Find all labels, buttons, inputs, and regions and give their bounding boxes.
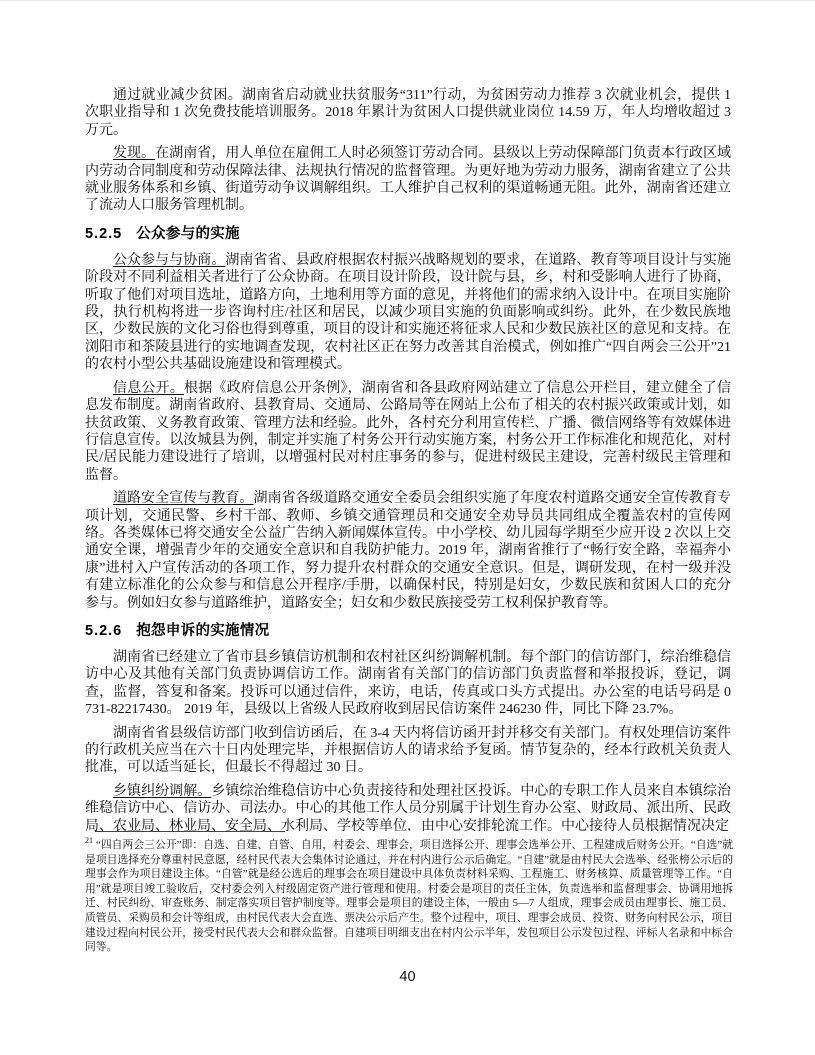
paragraph-public-consultation: 公众参与与协商。湖南省省、县政府根据农村振兴战略规划的要求，在道路、教育等项目设… — [85, 252, 731, 374]
footnote-area: 21“四自两会三公开”即：自选、自建、自管、自用，村委会、理事会，项目选择公开、… — [85, 831, 733, 955]
footnote-separator-rule — [95, 831, 285, 832]
footnote-marker: 21 — [85, 836, 93, 845]
section-heading-5-2-6: 5.2.6抱怨申诉的实施情况 — [85, 619, 731, 640]
paragraph-findings: 发现。在湖南省，用人单位在雇佣工人时必须签订劳动合同。县级以上劳动保障部门负责本… — [85, 145, 731, 215]
paragraph-text: 湖南省省县级信访部门收到信访函后，在 3-4 天内将信访函开封并移交有关部门。有… — [85, 726, 731, 776]
paragraph-lead-underlined: 道路安全宣传与教育。 — [113, 491, 253, 506]
paragraph-lead-underlined: 信息公开。 — [113, 381, 184, 396]
paragraph-text: 湖南省省、县政府根据农村振兴战略规划的要求，在道路、教育等项目设计与实施阶段对不… — [85, 253, 731, 372]
paragraph-text: 通过就业减少贫困。湖南省启动就业扶贫服务“311”行动，为贫困劳动力推荐 3 次… — [85, 88, 731, 138]
paragraph-text: 湖南省已经建立了省市县乡镇信访机制和农村社区纠纷调解机制。每个部门的信访部门，综… — [85, 650, 731, 717]
page-number: 40 — [0, 969, 815, 985]
page-body: 通过就业减少贫困。湖南省启动就业扶贫服务“311”行动，为贫困劳动力推荐 3 次… — [85, 87, 731, 831]
paragraph-township-mediation: 乡镇纠纷调解。乡镇综治维稳信访中心负责接待和处理社区投诉。中心的专职工作人员来自… — [85, 783, 731, 831]
paragraph-text: 湖南省各级道路交通安全委员会组织实施了年度农村道路交通安全宣传教育专项计划，交通… — [85, 491, 731, 610]
paragraph-information-disclosure: 信息公开。根据《政府信息公开条例》，湖南省和各县政府网站建立了信息公开栏目，建立… — [85, 380, 731, 484]
section-number: 5.2.5 — [85, 226, 122, 242]
paragraph-lead-underlined: 乡镇纠纷调解。 — [113, 784, 211, 799]
section-heading-5-2-5: 5.2.5公众参与的实施 — [85, 222, 731, 243]
document-page: 通过就业减少贫困。湖南省启动就业扶贫服务“311”行动，为贫困劳动力推荐 3 次… — [0, 0, 815, 1055]
paragraph-text: 在湖南省，用人单位在雇佣工人时必须签订劳动合同。县级以上劳动保障部门负责本行政区… — [85, 146, 731, 213]
section-number: 5.2.6 — [85, 623, 122, 639]
paragraph-petition-mechanism: 湖南省已经建立了省市县乡镇信访机制和农村社区纠纷调解机制。每个部门的信访部门，综… — [85, 649, 731, 719]
footnote-text: “四自两会三公开”即：自选、自建、自管、自用，村委会、理事会，项目选择公开、理事… — [85, 839, 733, 953]
section-title: 抱怨申诉的实施情况 — [136, 623, 269, 639]
footnote: 21“四自两会三公开”即：自选、自建、自管、自用，村委会、理事会，项目选择公开、… — [85, 838, 733, 955]
paragraph-employment-poverty: 通过就业减少贫困。湖南省启动就业扶贫服务“311”行动，为贫困劳动力推荐 3 次… — [85, 87, 731, 139]
section-title: 公众参与的实施 — [136, 226, 240, 242]
paragraph-road-safety-education: 道路安全宣传与教育。湖南省各级道路交通安全委员会组织实施了年度农村道路交通安全宣… — [85, 490, 731, 612]
paragraph-lead-underlined: 公众参与与协商。 — [113, 253, 225, 268]
paragraph-petition-handling: 湖南省省县级信访部门收到信访函后，在 3-4 天内将信访函开封并移交有关部门。有… — [85, 725, 731, 777]
paragraph-lead-underlined: 发现。 — [113, 146, 155, 161]
